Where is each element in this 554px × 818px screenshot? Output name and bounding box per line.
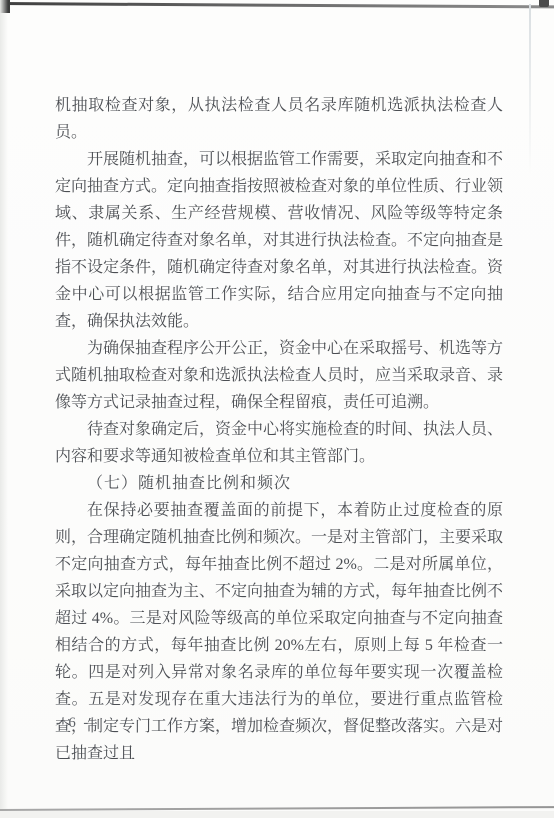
- paragraph-ratio-frequency: 在保持必要抽查覆盖面的前提下，本着防止过度检查的原则，合理确定随机抽查比例和频次…: [55, 497, 503, 767]
- scan-top-edge-line: [0, 2, 554, 9]
- scan-bottom-margin: [0, 811, 554, 818]
- document-body: 机抽取检查对象，从执法检查人员名录库随机选派执法检查人员。 开展随机抽查，可以根…: [55, 92, 503, 767]
- page-number: - 6 -: [56, 713, 90, 733]
- scan-right-crease-line: [529, 4, 531, 174]
- paragraph-fairness-recording: 为确保抽查程序公开公正，资金中心在采取摇号、机选等方式随机抽取检查对象和选派执法…: [55, 335, 503, 416]
- paragraph-notification: 待查对象确定后，资金中心将实施检查的时间、执法人员、内容和要求等通知被检查单位和…: [55, 416, 503, 470]
- section-heading-seven: （七）随机抽查比例和频次: [55, 470, 503, 497]
- scan-left-shadow: [0, 0, 8, 818]
- scanned-document-page: 机抽取检查对象，从执法检查人员名录库随机选派执法检查人员。 开展随机抽查，可以根…: [0, 0, 554, 818]
- scan-top-right-mark: [539, 0, 549, 7]
- paragraph-random-inspection-methods: 开展随机抽查，可以根据监管工作需要，采取定向抽查和不定向抽查方式。定向抽查指按照…: [55, 146, 503, 335]
- paragraph-continuation: 机抽取检查对象，从执法检查人员名录库随机选派执法检查人员。: [55, 92, 503, 146]
